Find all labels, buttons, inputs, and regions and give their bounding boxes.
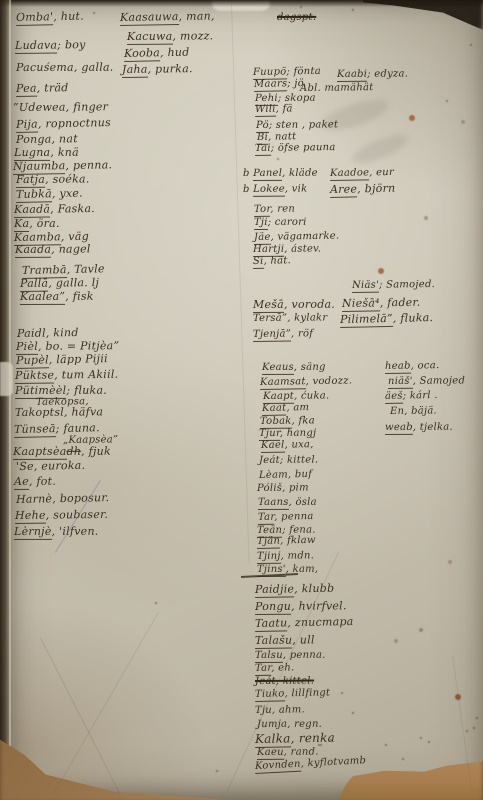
vocab-entry: äeš; kárl . [385, 391, 438, 402]
vocab-entry: dagspt. [277, 13, 316, 23]
vocab-entry: Püktse, tum Akiil. [15, 369, 118, 381]
vocab-entry: Kaadā, Faska. [14, 203, 95, 215]
vocab-entry: Pö; sten , paket [256, 120, 338, 131]
vocab-entry: Kaadoe, eur [330, 168, 394, 179]
vocab-entry: Kacuwa, mozz. [127, 30, 213, 42]
vocab-entry: Niäs'; Samojed. [352, 280, 435, 291]
ink-speck [352, 9, 354, 11]
vocab-entry: Pehi; skopa [255, 94, 316, 104]
vocab-entry: weab, tjelka. [385, 423, 453, 433]
vocab-entry: Jeát, kittel. [255, 677, 314, 687]
vocab-entry: Mešā, voroda. [253, 299, 335, 310]
vocab-entry: Kaabi; edyza. [337, 69, 408, 80]
vocab-entry: Pea, träd [16, 82, 69, 94]
vocab-entry: heab, oca. [385, 361, 440, 372]
page-left-edge [9, 0, 11, 800]
vocab-entry: Kael, uxa, [261, 440, 314, 451]
vocab-entry: Pallā, galla. lj [20, 277, 99, 289]
ink-speck [352, 712, 354, 714]
rust-stain [409, 115, 415, 121]
paper-crease [231, 4, 250, 564]
ink-speck [470, 44, 472, 46]
vocab-entry: Tjinj, mdn. [257, 551, 314, 562]
vocab-entry: Kaeu, rand. [257, 748, 319, 758]
vocab-entry: Lugna, knä [14, 147, 79, 158]
vocab-entry: Pongu, hvirfvel. [255, 600, 347, 612]
vocab-entry: Taans, ösla [258, 498, 317, 508]
vocab-entry: ”Udewea, finger [13, 101, 108, 113]
vocab-entry: Tobak, fka [260, 416, 315, 427]
vocab-entry: Pièl, bo. = Pitjèa” [16, 340, 119, 352]
vocab-entry: Tai; öfse pauna [255, 143, 336, 154]
ink-speck [466, 730, 468, 732]
torn-backing-bottom-left [0, 733, 240, 800]
vocab-entry: Kalka, renka [255, 732, 335, 745]
ink-speck [446, 100, 448, 102]
ink-speck [320, 744, 322, 746]
vocab-entry: Lèrnjè, 'ilfven. [14, 526, 99, 537]
vocab-entry: Tar, penna [258, 512, 314, 523]
torn-edge-flap [0, 362, 13, 396]
paper-crease [40, 638, 120, 794]
rust-stain [394, 639, 398, 643]
vocab-entry: Tar, eh. [255, 663, 295, 674]
vocab-entry: Omba', hut. [16, 11, 84, 23]
ink-speck [341, 692, 343, 694]
vocab-entry: Ka, öra. [14, 218, 60, 229]
vocab-entry: Tersā”, kylakr [253, 313, 327, 324]
rust-stain [424, 216, 428, 220]
vocab-entry: En, bäjä. [390, 406, 437, 417]
vocab-entry: Pupèl, läpp Pijii [16, 353, 108, 366]
vocab-entry: Tjenjā”, röf [253, 329, 313, 340]
rust-stain [448, 560, 452, 564]
manuscript-page-photo: Omba', hut.Ludava; boyPacuśema, galla.Pe… [0, 0, 483, 800]
ink-speck [420, 737, 422, 739]
ink-speck [216, 770, 218, 772]
ink-speck [402, 758, 404, 760]
vocab-entry: Kaamba, väg [14, 231, 89, 243]
vocab-entry: Tji; carori [254, 218, 307, 228]
vocab-entry: Takoptsl, häfva [15, 406, 103, 418]
vocab-entry: Jaha, purka. [122, 63, 193, 75]
ink-speck [300, 6, 302, 8]
vocab-entry: Trambā, Tavle [22, 263, 105, 276]
vocab-entry: Jumja, regn. [257, 720, 322, 730]
vocab-entry: Jeát; kittel. [259, 456, 318, 466]
vocab-entry: Ponga, nat [16, 133, 78, 145]
ink-speck [428, 741, 430, 743]
vocab-entry: Jäe, vägamarke. [254, 232, 340, 243]
vocab-entry: Pacuśema, galla. [16, 62, 114, 73]
vocab-entry: Aree, björn [330, 183, 396, 195]
vocab-entry: niäš', Samojed [388, 376, 465, 387]
vocab-entry: Kaapt, ćuka. [263, 391, 330, 402]
vocab-entry: Njaumba, penna. [13, 159, 112, 172]
vocab-entry: b Lokee, vik [243, 184, 307, 195]
vocab-entry: Tiuko, lillfingt [255, 688, 331, 700]
vocab-entry: Tünseā; fauna. [14, 422, 100, 435]
vocab-entry: Pütimèèl; fluka. [15, 385, 107, 396]
vocab-entry: Kaasauwa, man, [120, 10, 215, 23]
ink-speck [277, 158, 279, 160]
ink-speck [476, 717, 478, 719]
vocab-entry: Hartji, ástev. [253, 244, 321, 255]
vocab-entry: Keaus, säng [262, 363, 326, 373]
vocab-entry: Fuupö; fönta [253, 67, 321, 78]
vocab-entry: Ludava; boy [15, 39, 86, 51]
vocab-entry: Bi, natt [257, 132, 297, 143]
vocab-entry: b Panel, kläde [243, 169, 318, 179]
ink-speck [473, 727, 475, 729]
vocab-entry: Maars; jö [254, 79, 304, 90]
rust-stain [461, 120, 465, 124]
ink-speck [318, 744, 320, 746]
vocab-entry: Kaalea”, fisk [20, 291, 94, 302]
rust-stain [378, 268, 384, 274]
vocab-entry: Póliš, pim [257, 483, 309, 494]
vocab-entry: Kaat, am [262, 403, 309, 414]
ink-speck [330, 739, 332, 741]
vocab-entry: Ae, fot. [14, 476, 56, 487]
vocab-entry: Hehe, soubaser. [15, 509, 108, 521]
vocab-entry: Harnè, boposur. [16, 492, 110, 505]
vocab-entry: Tor, ren [254, 204, 295, 215]
vocab-entry: Pilimelā”, fluka. [340, 312, 433, 325]
vocab-entry: Kaaptsèadh, fjuk [13, 446, 111, 457]
vocab-entry: Pija, ropnoctnus [16, 117, 111, 130]
vocab-entry: Niešā⁴, fader. [342, 297, 421, 309]
vocab-entry: Talašu, ull [255, 634, 315, 646]
vocab-entry: Kaamsat, vodozz. [260, 376, 352, 388]
vocab-entry: Si, hät. [253, 256, 291, 267]
pencil-smudge [349, 129, 411, 168]
ink-speck [385, 744, 387, 746]
vocab-entry: Paidl, kind [17, 327, 79, 339]
vocab-entry: Kaada, nagel [15, 243, 91, 255]
vocab-entry: 'Se, euroka. [16, 460, 85, 472]
ink-speck [440, 8, 442, 10]
rust-stain [419, 628, 423, 632]
vocab-entry: Tubkā, yxe. [16, 188, 83, 200]
ink-speck [93, 12, 95, 14]
vocab-entry: Wili, fä [255, 104, 293, 115]
vocab-entry: Fatja, soéka. [16, 173, 90, 185]
vocab-entry: Tjän, fklaw [257, 536, 316, 547]
ink-speck [155, 602, 157, 604]
vocab-entry: Lèam, buf [259, 470, 312, 481]
vocab-entry: Tjur, hangj [259, 429, 316, 439]
vocab-entry: Kooba, hud [124, 47, 190, 59]
